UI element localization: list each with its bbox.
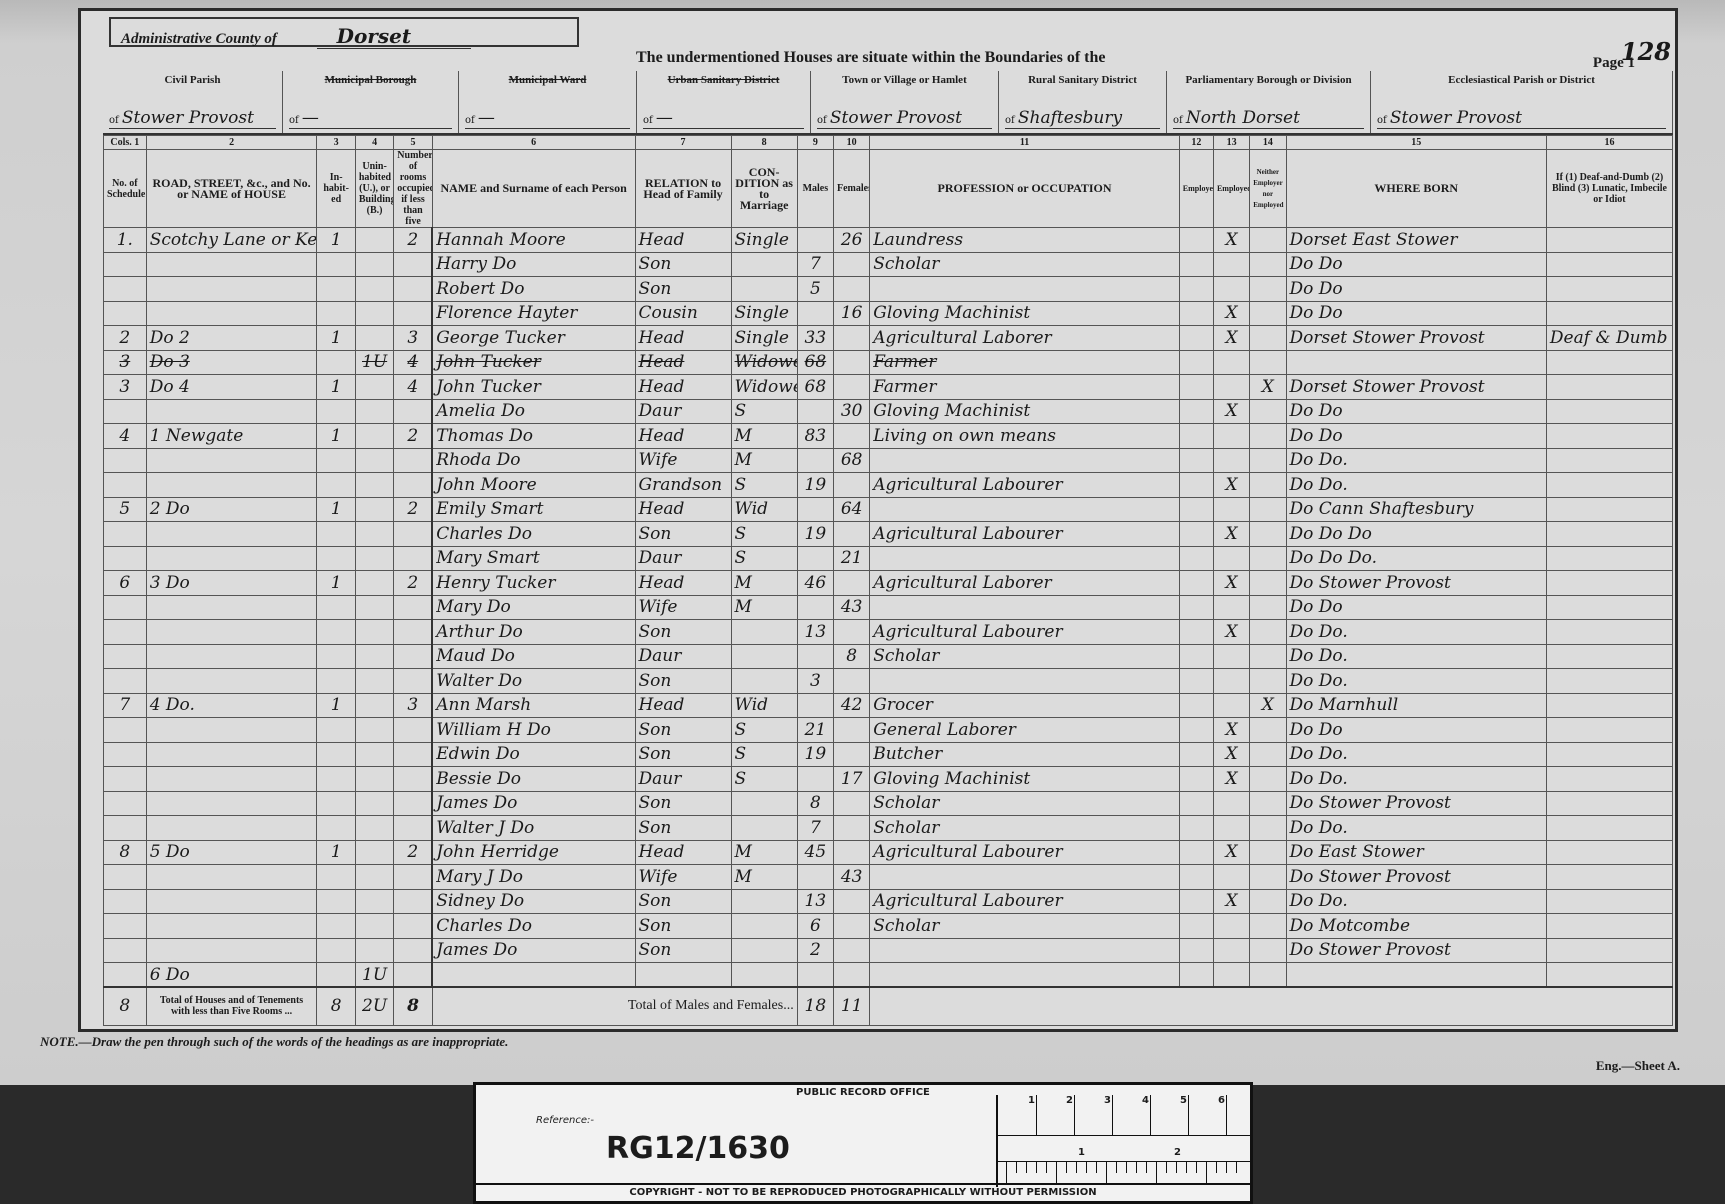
cell-employed: [1213, 350, 1249, 375]
cell-female: 16: [834, 301, 870, 326]
cell-employer: [1179, 424, 1213, 449]
cell-uninhab: [355, 301, 393, 326]
cell-neither: [1250, 424, 1286, 449]
area-value: —: [465, 108, 630, 129]
area-municipal-borough: Municipal Borough—: [283, 71, 459, 133]
table-row: Rhoda DoWifeM68Do Do.: [104, 448, 1673, 473]
cell-rooms: [394, 963, 432, 988]
cell-female: [834, 522, 870, 547]
cell-female: 21: [834, 546, 870, 571]
cell-employed: [1213, 938, 1249, 963]
column-number: 2: [146, 136, 317, 150]
cell-born: Do Stower Provost: [1286, 865, 1546, 890]
cell-infirmity: [1546, 252, 1672, 277]
cell-condition: [731, 277, 797, 302]
cell-schedule: [104, 889, 147, 914]
cell-employer: [1179, 497, 1213, 522]
table-row: 85 Do12John HerridgeHeadM45Agricultural …: [104, 840, 1673, 865]
total-schedules: 8: [104, 987, 147, 1025]
cell-infirmity: [1546, 473, 1672, 498]
cell-employer: [1179, 791, 1213, 816]
cell-uninhab: [355, 595, 393, 620]
cell-infirmity: [1546, 595, 1672, 620]
cell-schedule: [104, 252, 147, 277]
cell-inhab: [317, 595, 355, 620]
column-number: Cols. 1: [104, 136, 147, 150]
total-uninhabited: 2U: [355, 987, 393, 1025]
cell-employed: X: [1213, 767, 1249, 792]
cell-relation: Head: [635, 497, 731, 522]
cell-inhab: [317, 865, 355, 890]
cell-born: Do Do: [1286, 424, 1546, 449]
cell-name: Mary Smart: [432, 546, 635, 571]
cell-inhab: [317, 767, 355, 792]
cell-born: Do Do: [1286, 595, 1546, 620]
column-number: 5: [394, 136, 432, 150]
cell-occupation: Scholar: [870, 252, 1180, 277]
cell-rooms: [394, 767, 432, 792]
cell-relation: Son: [635, 669, 731, 694]
cell-road: 4 Do.: [146, 693, 317, 718]
boundary-areas: Civil ParishStower ProvostMunicipal Boro…: [103, 71, 1673, 135]
cell-infirmity: [1546, 399, 1672, 424]
cell-neither: [1250, 399, 1286, 424]
cell-schedule: 4: [104, 424, 147, 449]
area-urban-sanitary-district: Urban Sanitary District—: [637, 71, 811, 133]
cell-name: Harry Do: [432, 252, 635, 277]
cell-infirmity: [1546, 963, 1672, 988]
column-number: 14: [1250, 136, 1286, 150]
cell-occupation: [870, 497, 1180, 522]
cell-employer: [1179, 620, 1213, 645]
cell-infirmity: [1546, 767, 1672, 792]
cell-employed: [1213, 375, 1249, 400]
cell-infirmity: [1546, 693, 1672, 718]
cell-female: [834, 252, 870, 277]
cell-employed: X: [1213, 620, 1249, 645]
column-number: 6: [432, 136, 635, 150]
cell-relation: Head: [635, 375, 731, 400]
cell-uninhab: [355, 473, 393, 498]
cell-male: [797, 399, 833, 424]
cell-uninhab: 1U: [355, 350, 393, 375]
county-value: Dorset: [317, 24, 471, 49]
cell-neither: [1250, 448, 1286, 473]
table-row: Walter DoSon3Do Do.: [104, 669, 1673, 694]
cell-rooms: [394, 252, 432, 277]
cell-employer: [1179, 546, 1213, 571]
cell-neither: [1250, 669, 1286, 694]
area-label: Civil Parish: [103, 71, 282, 86]
column-number: 11: [870, 136, 1180, 150]
cell-inhab: 1: [317, 571, 355, 596]
cell-inhab: [317, 889, 355, 914]
cell-occupation: Gloving Machinist: [870, 301, 1180, 326]
cell-name: James Do: [432, 938, 635, 963]
cell-inhab: [317, 669, 355, 694]
cell-rooms: [394, 644, 432, 669]
scale-mark: 3: [1104, 1095, 1111, 1106]
cell-rooms: 2: [394, 424, 432, 449]
cell-infirmity: [1546, 669, 1672, 694]
cell-uninhab: [355, 448, 393, 473]
cell-uninhab: [355, 938, 393, 963]
cell-uninhab: [355, 669, 393, 694]
cell-rooms: [394, 448, 432, 473]
cell-condition: S: [731, 473, 797, 498]
cell-female: 8: [834, 644, 870, 669]
cell-infirmity: [1546, 938, 1672, 963]
cell-relation: Wife: [635, 448, 731, 473]
cell-female: [834, 424, 870, 449]
cell-name: Amelia Do: [432, 399, 635, 424]
cell-born: Do Do.: [1286, 816, 1546, 841]
census-page: Administrative County of Dorset The unde…: [0, 0, 1725, 1085]
cell-road: [146, 301, 317, 326]
cell-occupation: Agricultural Laborer: [870, 326, 1180, 351]
cell-employed: [1213, 963, 1249, 988]
cell-condition: [731, 669, 797, 694]
cell-neither: [1250, 522, 1286, 547]
cell-employed: [1213, 497, 1249, 522]
cell-male: 13: [797, 889, 833, 914]
cell-relation: Son: [635, 277, 731, 302]
cell-infirmity: [1546, 742, 1672, 767]
cell-occupation: Gloving Machinist: [870, 399, 1180, 424]
cell-relation: Son: [635, 252, 731, 277]
cell-condition: [731, 620, 797, 645]
cell-male: 68: [797, 375, 833, 400]
cell-female: [834, 718, 870, 743]
cell-schedule: [104, 522, 147, 547]
cell-occupation: Agricultural Labourer: [870, 522, 1180, 547]
office-label: PUBLIC RECORD OFFICE: [796, 1087, 930, 1098]
cell-neither: [1250, 228, 1286, 253]
census-table: Cols. 12345678910111213141516 No. of Sch…: [103, 135, 1673, 1026]
table-row: Maud DoDaur8ScholarDo Do.: [104, 644, 1673, 669]
heading-inhabited: In-habit-ed: [317, 150, 355, 228]
reference-number: RG12/1630: [606, 1131, 790, 1166]
total-persons-label: Total of Males and Females...: [432, 987, 797, 1025]
cell-condition: S: [731, 718, 797, 743]
cell-born: [1286, 350, 1546, 375]
total-rooms: 8: [394, 987, 432, 1025]
heading-employer: Employer: [1179, 150, 1213, 228]
cell-uninhab: [355, 326, 393, 351]
cell-name: Walter Do: [432, 669, 635, 694]
column-number: 7: [635, 136, 731, 150]
form-title: The undermentioned Houses are situate wi…: [636, 49, 1106, 67]
cell-inhab: 1: [317, 228, 355, 253]
cell-uninhab: [355, 865, 393, 890]
cell-inhab: [317, 546, 355, 571]
table-row: 3Do 31U4John TuckerHeadWidower68Farmer: [104, 350, 1673, 375]
cell-neither: [1250, 889, 1286, 914]
cell-schedule: 7: [104, 693, 147, 718]
table-row: Mary DoWifeM43Do Do: [104, 595, 1673, 620]
cell-born: Do Do.: [1286, 889, 1546, 914]
cell-male: [797, 767, 833, 792]
cell-born: Do Do.: [1286, 620, 1546, 645]
table-row: 63 Do12Henry TuckerHeadM46Agricultural L…: [104, 571, 1673, 596]
cell-road: Scotchy Lane or Kennilles 1.: [146, 228, 317, 253]
cell-road: Do 2: [146, 326, 317, 351]
cell-employed: [1213, 424, 1249, 449]
cell-infirmity: [1546, 571, 1672, 596]
area-value: —: [289, 108, 452, 129]
cell-uninhab: [355, 399, 393, 424]
cell-schedule: [104, 816, 147, 841]
cell-male: 2: [797, 938, 833, 963]
cell-employed: [1213, 669, 1249, 694]
cell-employed: [1213, 816, 1249, 841]
cell-employer: [1179, 865, 1213, 890]
cell-born: Do Do.: [1286, 473, 1546, 498]
cell-road: [146, 277, 317, 302]
cell-inhab: [317, 791, 355, 816]
cell-road: [146, 742, 317, 767]
area-label: Municipal Ward: [459, 71, 636, 86]
cell-condition: S: [731, 742, 797, 767]
cell-female: [834, 914, 870, 939]
cell-rooms: [394, 914, 432, 939]
cell-condition: [731, 791, 797, 816]
cell-male: [797, 963, 833, 988]
cell-neither: [1250, 277, 1286, 302]
area-town-or-village-or-hamlet: Town or Village or HamletStower Provost: [811, 71, 999, 133]
cell-inhab: [317, 350, 355, 375]
cell-name: Rhoda Do: [432, 448, 635, 473]
cell-schedule: [104, 473, 147, 498]
table-row: 74 Do.13Ann MarshHeadWid42GrocerXDo Marn…: [104, 693, 1673, 718]
cell-name: Robert Do: [432, 277, 635, 302]
cell-rooms: 4: [394, 350, 432, 375]
cell-employer: [1179, 399, 1213, 424]
cell-occupation: Scholar: [870, 644, 1180, 669]
table-row: Florence HayterCousinSingle16Gloving Mac…: [104, 301, 1673, 326]
cell-neither: [1250, 791, 1286, 816]
column-numbers: Cols. 12345678910111213141516: [104, 136, 1673, 150]
cell-inhab: 1: [317, 375, 355, 400]
cell-uninhab: 1U: [355, 963, 393, 988]
cell-female: [834, 620, 870, 645]
cell-male: [797, 546, 833, 571]
cell-road: 1 Newgate: [146, 424, 317, 449]
cell-relation: Head: [635, 326, 731, 351]
cell-rooms: [394, 889, 432, 914]
heading-females: Females: [834, 150, 870, 228]
cell-schedule: 3: [104, 350, 147, 375]
cell-road: [146, 865, 317, 890]
cell-relation: Daur: [635, 399, 731, 424]
cell-employed: [1213, 546, 1249, 571]
cell-inhab: [317, 963, 355, 988]
cell-neither: [1250, 963, 1286, 988]
cell-born: Do Do: [1286, 718, 1546, 743]
cell-employed: X: [1213, 522, 1249, 547]
cell-infirmity: [1546, 791, 1672, 816]
column-number: 16: [1546, 136, 1672, 150]
cell-condition: M: [731, 448, 797, 473]
heading-relation: RELATION to Head of Family: [635, 150, 731, 228]
cell-occupation: Grocer: [870, 693, 1180, 718]
cell-condition: Widower: [731, 375, 797, 400]
area-label: Municipal Borough: [283, 71, 458, 86]
cell-employer: [1179, 693, 1213, 718]
cell-schedule: 8: [104, 840, 147, 865]
cell-inhab: [317, 718, 355, 743]
cell-schedule: [104, 595, 147, 620]
cell-inhab: [317, 816, 355, 841]
cell-condition: [731, 914, 797, 939]
cell-uninhab: [355, 620, 393, 645]
cell-name: Mary J Do: [432, 865, 635, 890]
cell-male: [797, 497, 833, 522]
cell-schedule: [104, 791, 147, 816]
cell-condition: S: [731, 767, 797, 792]
cell-name: William H Do: [432, 718, 635, 743]
cell-occupation: [870, 595, 1180, 620]
cell-employer: [1179, 571, 1213, 596]
cell-uninhab: [355, 252, 393, 277]
cell-employed: X: [1213, 301, 1249, 326]
cell-infirmity: [1546, 522, 1672, 547]
heading-schedule: No. of Schedule: [104, 150, 147, 228]
column-number: 10: [834, 136, 870, 150]
heading-road: ROAD, STREET, &c., and No. or NAME of HO…: [146, 150, 317, 228]
heading-employed: Employed: [1213, 150, 1249, 228]
cell-condition: M: [731, 840, 797, 865]
cell-female: [834, 473, 870, 498]
cell-occupation: Farmer: [870, 375, 1180, 400]
cell-name: Arthur Do: [432, 620, 635, 645]
column-number: 12: [1179, 136, 1213, 150]
cell-employed: [1213, 791, 1249, 816]
cell-employer: [1179, 963, 1213, 988]
scale-mark: 2: [1174, 1147, 1181, 1158]
cell-schedule: [104, 963, 147, 988]
cell-schedule: 6: [104, 571, 147, 596]
cell-inhab: 1: [317, 693, 355, 718]
cell-infirmity: [1546, 228, 1672, 253]
cell-born: Do Stower Provost: [1286, 791, 1546, 816]
cell-occupation: Agricultural Labourer: [870, 473, 1180, 498]
cell-employed: X: [1213, 840, 1249, 865]
area-label: Town or Village or Hamlet: [811, 71, 998, 86]
cell-employed: [1213, 914, 1249, 939]
cell-road: [146, 938, 317, 963]
cell-male: 19: [797, 473, 833, 498]
cell-relation: Son: [635, 914, 731, 939]
heading-males: Males: [797, 150, 833, 228]
cell-relation: Daur: [635, 767, 731, 792]
cell-occupation: Laundress: [870, 228, 1180, 253]
table-row: Harry DoSon7ScholarDo Do: [104, 252, 1673, 277]
area-value: Stower Provost: [817, 108, 992, 129]
cell-occupation: Agricultural Labourer: [870, 620, 1180, 645]
footer-note: NOTE.—Draw the pen through such of the w…: [40, 1034, 508, 1050]
cell-occupation: [870, 448, 1180, 473]
cell-rooms: 3: [394, 326, 432, 351]
cell-inhab: 1: [317, 424, 355, 449]
cell-occupation: [870, 865, 1180, 890]
area-value: North Dorset: [1173, 108, 1364, 129]
column-number: 15: [1286, 136, 1546, 150]
cell-female: [834, 791, 870, 816]
column-number: 8: [731, 136, 797, 150]
cell-relation: Head: [635, 228, 731, 253]
cell-relation: Head: [635, 693, 731, 718]
cell-born: [1286, 963, 1546, 988]
cell-occupation: General Laborer: [870, 718, 1180, 743]
cell-occupation: Agricultural Laborer: [870, 571, 1180, 596]
column-number: 3: [317, 136, 355, 150]
table-row: Arthur DoSon13Agricultural LabourerXDo D…: [104, 620, 1673, 645]
cell-rooms: [394, 718, 432, 743]
cell-name: Mary Do: [432, 595, 635, 620]
cell-uninhab: [355, 693, 393, 718]
area-label: Ecclesiastical Parish or District: [1371, 71, 1672, 86]
cell-relation: Head: [635, 424, 731, 449]
cell-born: Do Do: [1286, 277, 1546, 302]
cell-road: 5 Do: [146, 840, 317, 865]
cell-occupation: [870, 963, 1180, 988]
cell-male: 33: [797, 326, 833, 351]
area-label: Parliamentary Borough or Division: [1167, 71, 1370, 86]
cell-infirmity: [1546, 865, 1672, 890]
total-females: 11: [834, 987, 870, 1025]
cell-employer: [1179, 889, 1213, 914]
cell-employed: X: [1213, 399, 1249, 424]
cell-road: [146, 914, 317, 939]
column-number: 4: [355, 136, 393, 150]
cell-employer: [1179, 914, 1213, 939]
cell-infirmity: [1546, 424, 1672, 449]
cell-condition: [731, 963, 797, 988]
cell-uninhab: [355, 228, 393, 253]
cell-rooms: [394, 669, 432, 694]
cell-schedule: 3: [104, 375, 147, 400]
cell-name: Bessie Do: [432, 767, 635, 792]
cell-male: 3: [797, 669, 833, 694]
cell-schedule: [104, 546, 147, 571]
table-row: 2Do 213George TuckerHeadSingle33Agricult…: [104, 326, 1673, 351]
cell-schedule: [104, 277, 147, 302]
cell-relation: Grandson: [635, 473, 731, 498]
cell-male: [797, 693, 833, 718]
cell-name: John Tucker: [432, 375, 635, 400]
cell-occupation: Gloving Machinist: [870, 767, 1180, 792]
heading-neither: Neither Employer nor Employed: [1250, 150, 1286, 228]
cell-uninhab: [355, 546, 393, 571]
cell-road: [146, 546, 317, 571]
cell-male: 7: [797, 252, 833, 277]
cell-born: Do Stower Provost: [1286, 571, 1546, 596]
cell-relation: Son: [635, 620, 731, 645]
column-number: 9: [797, 136, 833, 150]
cell-uninhab: [355, 889, 393, 914]
cell-employer: [1179, 595, 1213, 620]
cell-road: [146, 620, 317, 645]
cell-relation: Cousin: [635, 301, 731, 326]
cell-rooms: [394, 473, 432, 498]
census-rows: 1.Scotchy Lane or Kennilles 1.12Hannah M…: [104, 228, 1673, 988]
cell-female: [834, 840, 870, 865]
cell-employer: [1179, 840, 1213, 865]
scale-mark: 1: [1028, 1095, 1035, 1106]
cell-male: 46: [797, 571, 833, 596]
cell-employer: [1179, 644, 1213, 669]
